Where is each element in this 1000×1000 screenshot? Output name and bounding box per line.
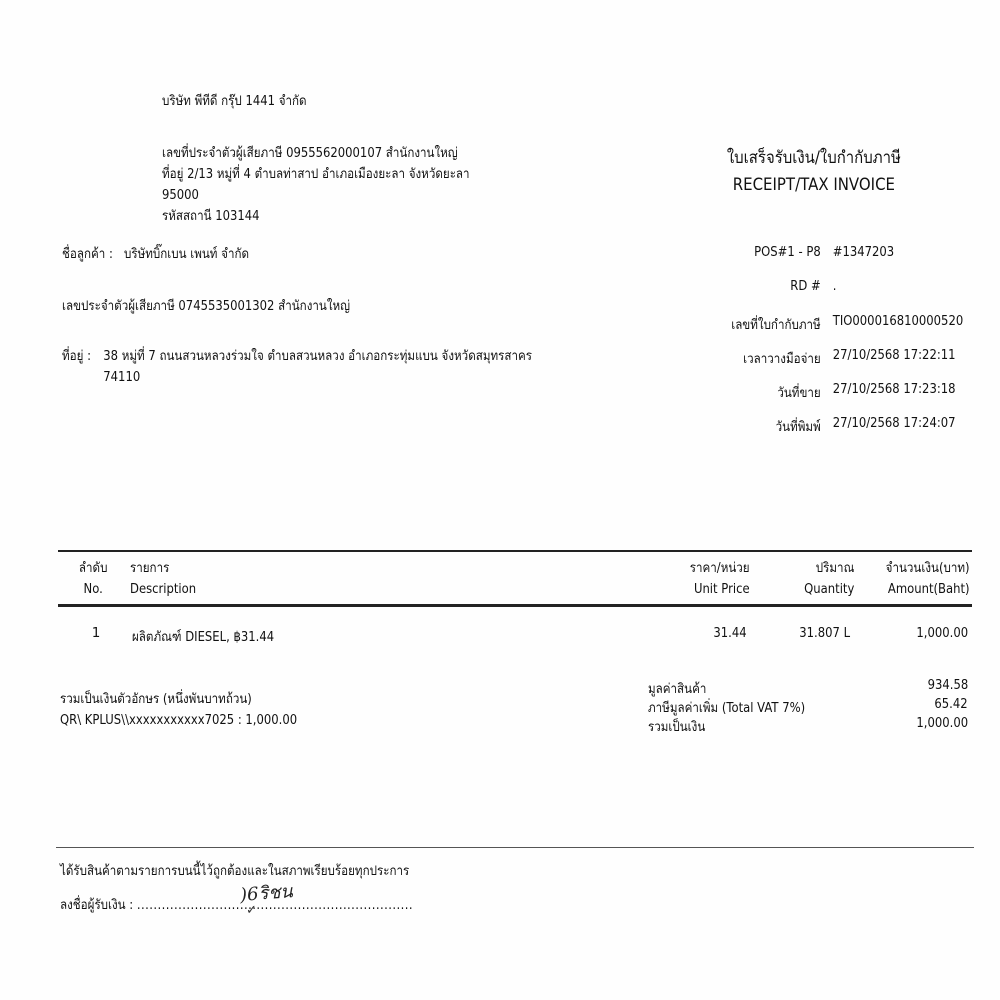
meta-row: RD #. [649, 278, 948, 312]
totals-value: 934.58 [927, 677, 968, 696]
meta-row: เวลาวางมือจ่าย27/10/2568 17:22:11 [649, 347, 948, 381]
meta-value: 27/10/2568 17:24:07 [833, 415, 948, 431]
header-description-thai: รายการ [130, 558, 196, 579]
meta-value: 27/10/2568 17:23:18 [833, 381, 948, 397]
meta-label: RD # [649, 278, 833, 294]
header-amount-thai: จำนวนเงิน(บาท) [886, 558, 970, 579]
customer-address-line2: 74110 [62, 367, 532, 388]
meta-row: เลขที่ใบกำกับภาษีTIO000016810000520 [649, 313, 948, 347]
meta-row: POS#1 - P8#1347203 [649, 244, 948, 278]
totals-block: มูลค่าสินค้า934.58ภาษีมูลค่าเพิ่ม (Total… [648, 677, 968, 734]
footer-rule [56, 847, 974, 848]
customer-name-row: ชื่อลูกค้า : บริษัทบิ๊กเบน เพนท์ จำกัด [62, 242, 249, 264]
row-unit-price: 31.44 [714, 625, 747, 641]
row-description: ผลิตภัณฑ์ DIESEL, ฿31.44 [132, 625, 274, 647]
header-quantity: ปริมาณ Quantity [804, 558, 854, 600]
seller-block: บริษัท พีทีดี กรุ๊ป 1441 จำกัด เลขที่ประ… [162, 91, 470, 227]
document-title-english: RECEIPT/TAX INVOICE [727, 172, 901, 199]
row-no: 1 [76, 625, 116, 641]
customer-tax-id: เลขประจำตัวผู้เสียภาษี 0745535001302 สำน… [62, 294, 350, 316]
document-title: ใบเสร็จรับเงิน/ใบกำกับภาษี RECEIPT/TAX I… [715, 145, 913, 199]
signature-row: ลงชื่อผู้รับเงิน : .....................… [60, 893, 413, 915]
table-header-rule [58, 604, 972, 607]
totals-value: 1,000.00 [916, 715, 968, 734]
signature-label: ลงชื่อผู้รับเงิน : [60, 897, 133, 913]
meta-row: วันที่พิมพ์27/10/2568 17:24:07 [649, 415, 948, 449]
seller-name: บริษัท พีทีดี กรุ๊ป 1441 จำกัด [162, 91, 470, 112]
amount-in-words: รวมเป็นเงินตัวอักษร (หนึ่งพันบาทถ้วน) [60, 689, 297, 710]
totals-label: ภาษีมูลค่าเพิ่ม (Total VAT 7%) [648, 696, 805, 715]
meta-label: เวลาวางมือจ่าย [649, 347, 833, 369]
header-description: รายการ Description [130, 558, 196, 600]
customer-address: ที่อยู่ :38 หมู่ที่ 7 ถนนสวนหลวงร่วมใจ ต… [62, 346, 532, 388]
meta-label: วันที่ขาย [649, 381, 833, 403]
meta-value: TIO000016810000520 [833, 313, 948, 329]
invoice-meta: POS#1 - P8#1347203RD #.เลขที่ใบกำกับภาษี… [649, 244, 948, 450]
meta-label: เลขที่ใบกำกับภาษี [649, 313, 833, 335]
header-unit-price-thai: ราคา/หน่วย [690, 558, 750, 579]
header-no-en: No. [76, 579, 110, 600]
seller-address-line1: ที่อยู่ 2/13 หมู่ที่ 4 ตำบลท่าสาป อำเภอเ… [162, 164, 470, 185]
totals-label: มูลค่าสินค้า [648, 677, 706, 696]
header-quantity-en: Quantity [804, 579, 854, 600]
seller-tax-id: เลขที่ประจำตัวผู้เสียภาษี 0955562000107 … [162, 143, 470, 164]
meta-label: วันที่พิมพ์ [649, 415, 833, 437]
totals-row: มูลค่าสินค้า934.58 [648, 677, 968, 696]
meta-value: #1347203 [833, 244, 948, 260]
header-amount-en: Amount(Baht) [886, 579, 970, 600]
customer-address-label: ที่อยู่ : [62, 346, 103, 367]
check-mark-icon: ✓ [246, 903, 257, 918]
payment-summary: รวมเป็นเงินตัวอักษร (หนึ่งพันบาทถ้วน) QR… [60, 689, 297, 731]
row-quantity: 31.807 L [799, 625, 850, 641]
payment-method-line: QR\ KPLUS\\xxxxxxxxxxx7025 : 1,000.00 [60, 710, 297, 731]
meta-label: POS#1 - P8 [649, 244, 833, 260]
totals-row: ภาษีมูลค่าเพิ่ม (Total VAT 7%)65.42 [648, 696, 968, 715]
table-top-rule [58, 550, 972, 552]
receipt-acknowledgement: ได้รับสินค้าตามรายการบนนี้ไว้ถูกต้องและใ… [60, 859, 409, 881]
customer-address-line1: 38 หมู่ที่ 7 ถนนสวนหลวงร่วมใจ ตำบลสวนหลว… [103, 348, 532, 364]
header-amount: จำนวนเงิน(บาท) Amount(Baht) [886, 558, 970, 600]
row-amount: 1,000.00 [916, 625, 968, 641]
meta-value: 27/10/2568 17:22:11 [833, 347, 948, 363]
header-unit-price: ราคา/หน่วย Unit Price [690, 558, 750, 600]
meta-value: . [833, 278, 948, 294]
totals-row: รวมเป็นเงิน1,000.00 [648, 715, 968, 734]
header-quantity-thai: ปริมาณ [804, 558, 854, 579]
document-title-thai: ใบเสร็จรับเงิน/ใบกำกับภาษี [727, 145, 901, 172]
header-no-thai: ลำดับ [76, 558, 110, 579]
totals-label: รวมเป็นเงิน [648, 715, 705, 734]
header-no: ลำดับ No. [76, 558, 110, 600]
seller-address-line2: 95000 [162, 185, 470, 206]
header-description-en: Description [130, 579, 196, 600]
customer-name-label: ชื่อลูกค้า : [62, 246, 113, 262]
meta-row: วันที่ขาย27/10/2568 17:23:18 [649, 381, 948, 415]
seller-station-code: รหัสสถานี 103144 [162, 206, 470, 227]
header-unit-price-en: Unit Price [690, 579, 750, 600]
customer-name: บริษัทบิ๊กเบน เพนท์ จำกัด [124, 246, 249, 262]
totals-value: 65.42 [935, 696, 968, 715]
